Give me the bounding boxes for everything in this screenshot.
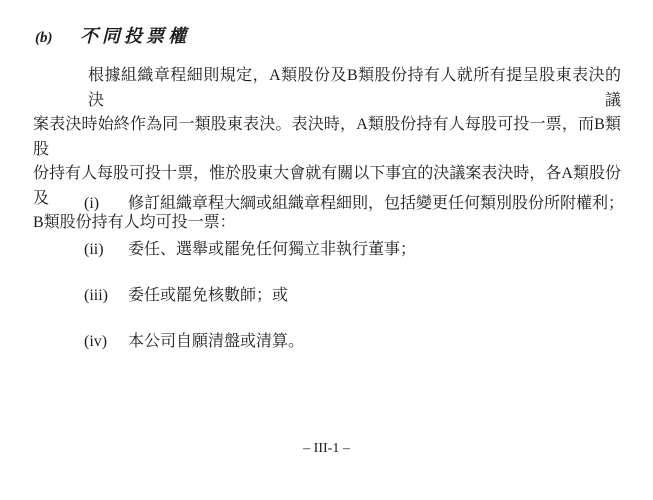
list-item-text: 修訂組織章程大綱或組織章程細則，包括變更任何類別股份所附權利； [128,192,624,216]
page-number: – III-1 – [0,441,653,457]
section-heading: (b) 不同投票權 [35,22,190,48]
paragraph-line: 根據組織章程細則規定，A類股份及B類股份持有人就所有提呈股東表決的決議 [33,64,621,113]
list-item-text: 委任、選舉或罷免任何獨立非執行董事； [128,238,624,262]
list-item: (i) 修訂組織章程大綱或組織章程細則，包括變更任何類別股份所附權利； [84,192,624,216]
list-item-text: 委任或罷免核數師；或 [128,284,624,308]
list-item: (iv) 本公司自願清盤或清算。 [84,330,624,354]
list-item-text: 本公司自願清盤或清算。 [128,330,624,354]
list-item-marker: (iii) [84,284,128,308]
list-item: (ii) 委任、選舉或罷免任何獨立非執行董事； [84,238,624,262]
numbered-list: (i) 修訂組織章程大綱或組織章程細則，包括變更任何類別股份所附權利； (ii)… [84,192,624,376]
list-item-marker: (i) [84,192,128,216]
paragraph-line: 案表決時始終作為同一類股東表決。表決時，A類股份持有人每股可投一票，而B類股 [33,113,621,162]
list-item-marker: (iv) [84,330,128,354]
section-heading-label: (b) [35,30,80,47]
section-heading-title: 不同投票權 [80,22,190,48]
list-item: (iii) 委任或罷免核數師；或 [84,284,624,308]
list-item-marker: (ii) [84,238,128,262]
document-page: (b) 不同投票權 根據組織章程細則規定，A類股份及B類股份持有人就所有提呈股東… [0,0,653,500]
